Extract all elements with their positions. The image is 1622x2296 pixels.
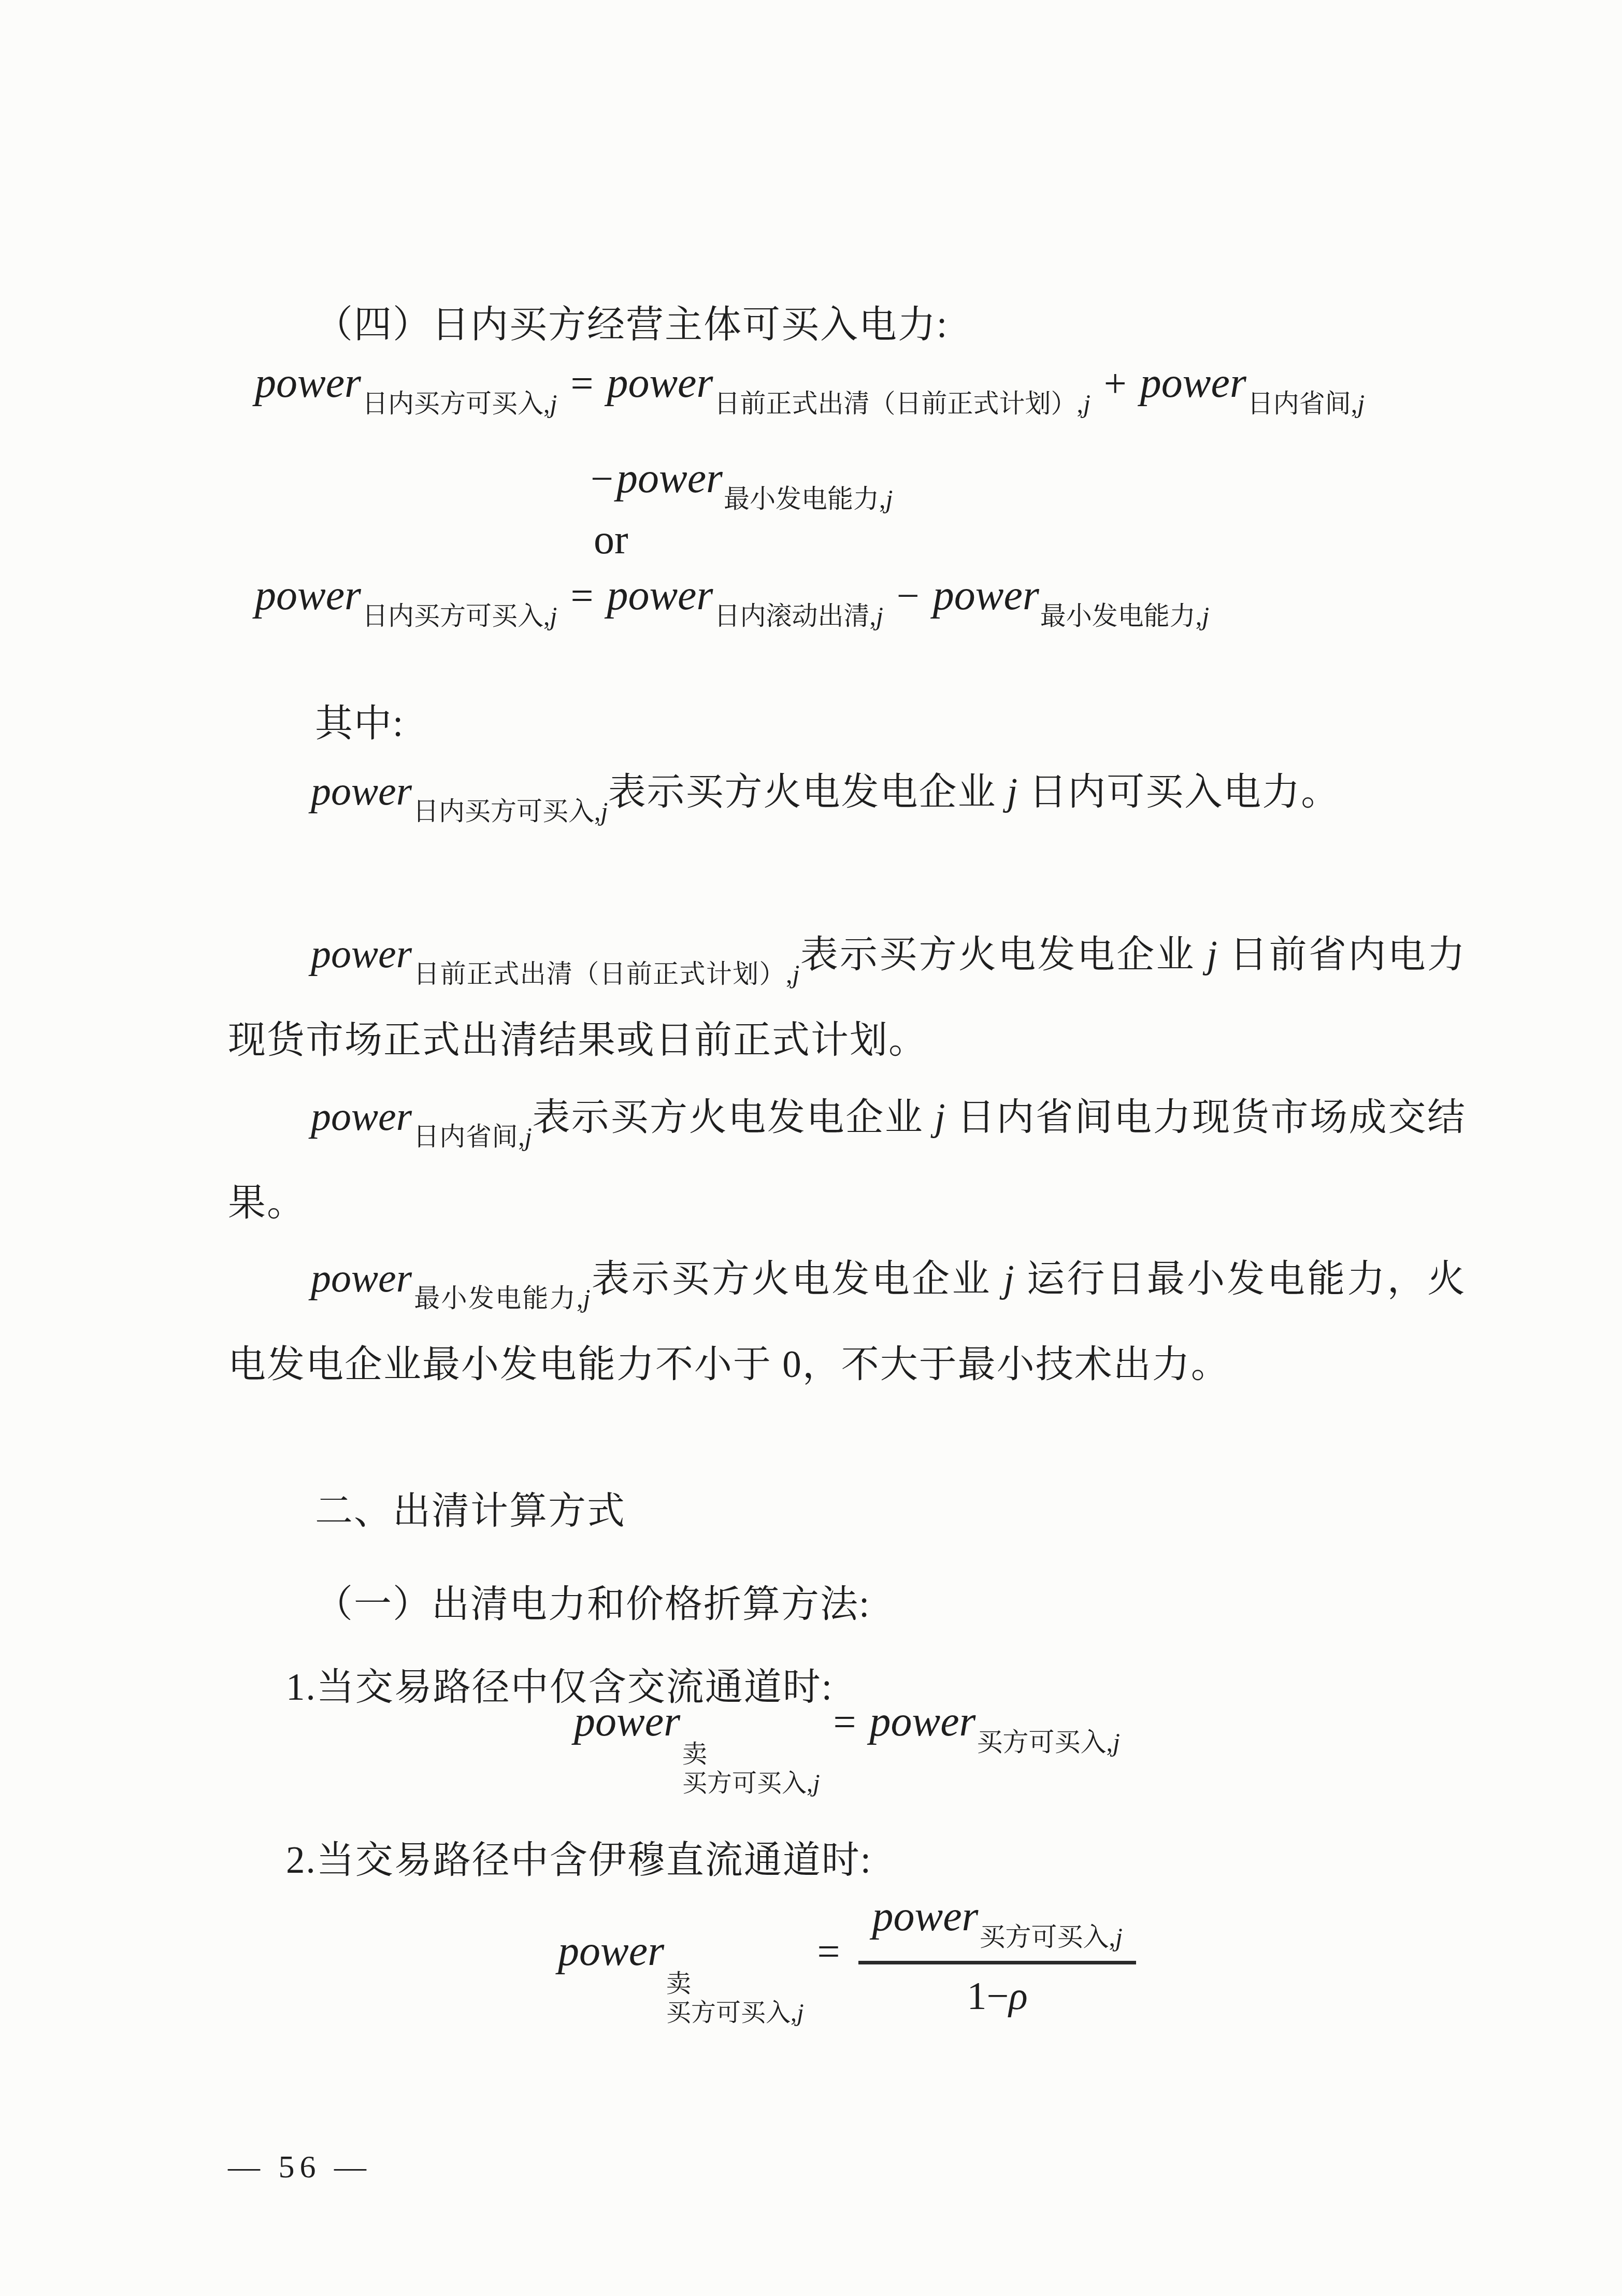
subscript-intraday-buy: 日内买方可买入,j (362, 389, 557, 418)
subscript-text: 日内省间, (1247, 389, 1358, 418)
subscript-buyer-can-buy: 买方可买入,j (977, 1728, 1119, 1757)
subsection-heading-one: （一）出清电力和价格折算方法: (228, 1563, 1466, 1645)
subscript-text: 最小发电能力, (724, 484, 886, 513)
superscript-sell: 卖 (666, 1971, 803, 1997)
section-heading-two: 二、出清计算方式 (228, 1470, 1466, 1552)
power-var: power (574, 1698, 680, 1745)
index-j: j (792, 959, 799, 988)
subscript-min-generation: 最小发电能力,j (724, 484, 893, 513)
paragraph-text: 表示买方火电发电企业 (799, 934, 1207, 975)
index-j: j (1007, 771, 1018, 813)
index-j: j (601, 797, 608, 826)
paragraph-text: 日内可买入电力。 (1018, 771, 1340, 813)
power-var: power (1140, 359, 1246, 406)
section-heading-four: （四）日内买方经营主体可买入电力: (228, 284, 1466, 365)
index-j: j (1113, 1728, 1120, 1757)
power-var: power (616, 454, 723, 501)
subscript-text: 日内买方可买入, (362, 601, 550, 630)
subscript-text: 日内滚动出清, (714, 601, 876, 630)
power-var: power (607, 359, 713, 406)
index-j: j (1083, 389, 1090, 418)
index-j: j (583, 1284, 591, 1313)
where-text: 其中: (315, 702, 404, 744)
paragraph-text: 表示买方火电发电企业 (532, 1096, 935, 1138)
fraction: power买方可买入,j1−ρ (858, 1890, 1136, 2021)
subscript-text: 日内买方可买入, (413, 797, 601, 826)
subscript-dayahead-clear: 日前正式出清（日前正式计划）,j (714, 389, 1090, 418)
minus-sign: − (591, 456, 613, 501)
power-var: power (558, 1927, 664, 1974)
equals-sign: = (570, 573, 593, 618)
equals-sign: = (570, 361, 593, 406)
formula-4: power卖买方可买入,j=power买方可买入,j1−ρ (228, 1890, 1466, 2027)
subscript-dayahead-clear: 日前正式出清（日前正式计划）,j (413, 959, 799, 988)
heading-text: （一）出清电力和价格折算方法: (315, 1583, 870, 1625)
power-var: power (311, 931, 412, 976)
subscript-text: 最小发电能力, (1040, 601, 1202, 630)
subscript-intraday-interprov: 日内省间,j (413, 1122, 532, 1151)
heading-text: （四）日内买方经营主体可买入电力: (315, 304, 948, 346)
or-connector: or (228, 514, 1622, 566)
fraction-numerator: power买方可买入,j (858, 1890, 1136, 1964)
fraction-denominator: 1−ρ (858, 1964, 1136, 2021)
definition-paragraph-1: power日内买方可买入,j表示买方火电发电企业 j 日内可买入电力。 (228, 750, 1466, 837)
subscript-intraday-buy: 日内买方可买入,j (362, 601, 557, 630)
definition-paragraph-3: power日内省间,j表示买方火电发电企业 j 日内省间电力现货市场成交结果。 (228, 1075, 1466, 1243)
power-var: power (311, 1094, 412, 1139)
subscript-text: 最小发电能力, (413, 1284, 583, 1313)
or-text: or (594, 517, 628, 563)
heading-text: 二、出清计算方式 (315, 1490, 626, 1532)
power-var: power (869, 1698, 975, 1745)
power-var: power (311, 1255, 412, 1300)
subscript-intraday-buy: 日内买方可买入,j (413, 797, 608, 826)
power-var: power (311, 768, 412, 813)
index-j: j (1207, 934, 1218, 975)
subscript-text: 日内买方可买入, (362, 389, 550, 418)
index-j: j (525, 1122, 532, 1151)
list-item-text: 2.当交易路径中含伊穆直流通道时: (286, 1839, 872, 1881)
list-item-2: 2.当交易路径中含伊穆直流通道时: (228, 1819, 1466, 1901)
index-j: j (550, 389, 557, 418)
power-var: power (255, 359, 361, 406)
subscript-intraday-interprov: 日内省间,j (1247, 389, 1365, 418)
subscript-text: 日内省间, (413, 1122, 525, 1151)
index-j: j (1115, 1922, 1123, 1951)
paragraph-text: 表示买方火电发电企业 (608, 771, 1007, 813)
formula-1-line-1: power日内买方可买入,j=power日前正式出清（日前正式计划）,j+pow… (228, 356, 1493, 410)
subscript-buyer-can-buy: 买方可买入,j (666, 2000, 803, 2026)
formula-2: power日内买方可买入,j=power日内滚动出清,j−power最小发电能力… (228, 569, 1493, 622)
power-var: power (872, 1892, 978, 1940)
minus-sign: − (897, 573, 920, 618)
subscript-text: 买方可买入, (666, 1999, 797, 2027)
definition-paragraph-4: power最小发电能力,j表示买方火电发电企业 j 运行日最小发电能力，火电发电… (228, 1237, 1466, 1405)
index-j: j (550, 601, 557, 630)
subscript-text: 日前正式出清（日前正式计划）, (413, 959, 792, 988)
subscript-intraday-rolling: 日内滚动出清,j (714, 601, 883, 630)
formula-1-line-2: −power最小发电能力,j (228, 452, 1622, 505)
page-number-text: — 56 — (228, 2149, 371, 2185)
denominator-text: 1− (967, 1974, 1009, 2018)
index-j: j (886, 484, 893, 513)
power-var: power (255, 571, 361, 619)
equals-sign: = (833, 1699, 856, 1744)
rho-var: ρ (1009, 1974, 1027, 2018)
supsub-sell-buyer: 卖买方可买入,j (682, 1742, 820, 1797)
subscript-text: 买方可买入, (977, 1728, 1113, 1757)
equals-sign: = (817, 1929, 840, 1974)
superscript-sell: 卖 (682, 1742, 820, 1768)
index-j: j (935, 1096, 946, 1138)
index-j: j (1357, 389, 1365, 418)
subscript-text: 买方可买入, (979, 1922, 1115, 1951)
subscript-buyer-can-buy: 买方可买入,j (682, 1771, 820, 1797)
document-page: （四）日内买方经营主体可买入电力: power日内买方可买入,j=power日前… (0, 0, 1622, 2296)
plus-sign: + (1104, 361, 1127, 406)
index-j: j (1202, 601, 1209, 630)
index-j: j (797, 1999, 803, 2027)
subscript-text: 日前正式出清（日前正式计划）, (714, 389, 1083, 418)
subscript-text: 买方可买入, (682, 1770, 813, 1797)
supsub-sell-buyer: 卖买方可买入,j (666, 1971, 803, 2027)
index-j: j (813, 1770, 820, 1797)
power-var: power (933, 571, 1039, 619)
definition-paragraph-2: power日前正式出清（日前正式计划）,j表示买方火电发电企业 j 日前省内电力… (228, 913, 1466, 1081)
power-var: power (607, 571, 713, 619)
subscript-buyer-can-buy: 买方可买入,j (979, 1922, 1122, 1951)
formula-3: power卖买方可买入,j=power买方可买入,j (228, 1695, 1466, 1797)
page-number: — 56 — (228, 2149, 1466, 2186)
paragraph-text: 表示买方火电发电企业 (590, 1258, 1003, 1300)
subscript-min-generation: 最小发电能力,j (413, 1284, 590, 1313)
index-j: j (876, 601, 883, 630)
index-j: j (1003, 1258, 1015, 1300)
subscript-min-generation: 最小发电能力,j (1040, 601, 1209, 630)
